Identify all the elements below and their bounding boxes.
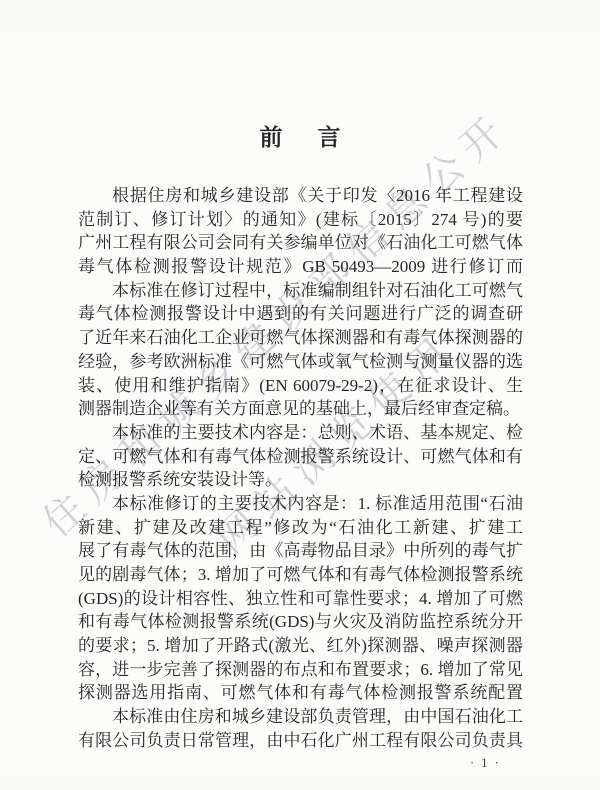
text-line: 范制订、修订计划〉的通知》(建标〔2015〕274 号)的要求，由中石化 (78, 208, 523, 232)
text-line: 测器制造企业等有关方面意见的基础上，最后经审查定稿。 (78, 397, 523, 421)
text-line: 见的剧毒气体；3. 增加了可燃气体和有毒气体检测报警系统 (78, 563, 523, 587)
text-block: 根据住房和城乡建设部《关于印发〈2016 年工程建设标准规范制订、修订计划〉的通… (78, 184, 523, 753)
text-line: 容，进一步完善了探测器的布点和布置要求；6. 增加了常见气体 (78, 658, 523, 682)
text-line: 了近年来石油化工企业可燃气体探测器和有毒气体探测器的使用 (78, 326, 523, 350)
foreword-title: 前 言 (0, 119, 600, 152)
text-line: 毒气体检测报警设计中遇到的有关问题进行广泛的调查研究，总结 (78, 302, 523, 326)
text-line: (GDS)的设计相容性、独立性和可靠性要求；4. 增加了可燃气体 (78, 587, 523, 611)
page-number: · 1 · (470, 756, 501, 771)
text-line: 的要求；5. 增加了开路式(激光、红外)探测器、噪声探测器等内 (78, 634, 523, 658)
text-line: 探测器选用指南、可燃气体和有毒气体检测报警系统配置图。 (78, 681, 523, 705)
text-line: 展了有毒气体的范围，由《高毒物品目录》中所列的毒气扩大到常 (78, 539, 523, 563)
text-line: 装、使用和维护指南》(EN 60079-29-2)，在征求设计、生产、科研和探 (78, 374, 523, 398)
text-line: 检测报警系统安装设计等。 (78, 468, 523, 492)
text-line: 新建、扩建及改建工程”修改为“石油化工新建、扩建工程”；2. 拓 (78, 516, 523, 540)
text-line: 本标准在修订过程中，标准编制组针对石油化工可燃气体和有 (78, 279, 523, 303)
text-line: 经验，参考欧洲标准《可燃气体或氧气检测与测量仪器的选用、安 (78, 350, 523, 374)
text-line: 根据住房和城乡建设部《关于印发〈2016 年工程建设标准规 (78, 184, 523, 208)
text-line: 本标准的主要技术内容是：总则、术语、基本规定、检测点确 (78, 421, 523, 445)
text-line: 和有毒气体检测报警系统(GDS)与火灾及消防监控系统分开设置 (78, 610, 523, 634)
text-line: 定、可燃气体和有毒气体检测报警系统设计、可燃气体和有毒气体 (78, 445, 523, 469)
text-line: 本标准修订的主要技术内容是：1. 标准适用范围“石油化工 (78, 492, 523, 516)
text-line: 广州工程有限公司会同有关参编单位对《石油化工可燃气体和有 (78, 231, 523, 255)
document-page: 住房和城乡建设部信息公开 网站浏览使用 前 言 根据住房和城乡建设部《关于印发〈… (0, 0, 600, 790)
text-line: 本标准由住房和城乡建设部负责管理，由中国石油化工集团 (78, 705, 523, 729)
text-line: 毒气体检测报警设计规范》GB 50493—2009 进行修订而成。 (78, 255, 523, 279)
text-line: 有限公司负责日常管理，由中石化广州工程有限公司负责具体技 (78, 729, 523, 753)
